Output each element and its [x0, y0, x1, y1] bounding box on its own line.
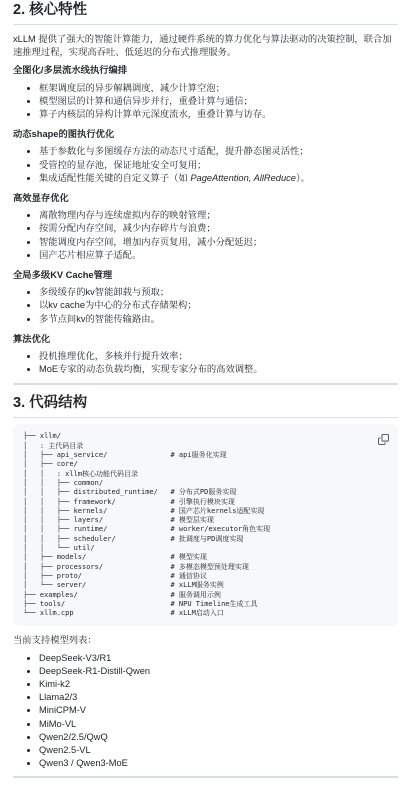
code-line: │ │ └── util/ [23, 544, 388, 553]
readme-content: 2. 核心特性 xLLM 提供了强大的智能计算能力，通过硬件系统的算力优化与算法… [0, 0, 411, 778]
list-item: 受管控的显存池，保证地址安全可复用； [39, 159, 398, 172]
list-item: 框架调度层的异步解耦调度，减少计算空泡； [39, 82, 398, 95]
code-line: ├── examples/ # 服务调用示例 [23, 591, 388, 600]
list-item: 以kv cache为中心的分布式存储架构； [39, 299, 398, 312]
model-list-item: Llama2/3 [39, 691, 398, 704]
feature-list: 投机推理优化，多核并行提升效率； MoE专家的动态负载均衡，实现专家分布的高效调… [13, 350, 398, 376]
list-item: 按需分配内存空间，减少内存碎片与浪费； [39, 222, 398, 235]
model-list-item: MiMo-VL [39, 718, 398, 731]
code-line: │ ├── proto/ # 通信协议 [23, 572, 388, 581]
model-list-item: DeepSeek-V3/R1 [39, 652, 398, 665]
feature-list: 基于参数化与多图缓存方法的动态尺寸适配，提升静态图灵活性； 受管控的显存池，保证… [13, 145, 398, 185]
model-list-item: Qwen2/2.5/QwQ [39, 731, 398, 744]
list-item-text: 集成适配性能关键的自定义算子（如 [39, 173, 190, 183]
list-item: 智能调度内存空间，增加内存页复用，减小分配延迟； [39, 236, 398, 249]
model-list-item: Kimi-k2 [39, 678, 398, 691]
list-item: 离散物理内存与连续虚拟内存的映射管理； [39, 209, 398, 222]
code-line: │ │ ├── kernels/ # 国产芯片kernels适配实现 [23, 507, 388, 516]
list-item: 多节点间kv的智能传输路由。 [39, 313, 398, 326]
section-heading-code-structure: 3. 代码结构 [13, 395, 398, 418]
code-line: │ │ ├── runtime/ # worker/executor角色实现 [23, 525, 388, 534]
list-item: 算子内核层的异构计算单元深度流水，重叠计算与访存。 [39, 108, 398, 121]
feature-group-label: 高效显存优化 [13, 192, 398, 205]
code-line: │ ├── api_service/ # api服务化实现 [23, 451, 388, 460]
copy-icon [378, 434, 389, 445]
list-item: 集成适配性能关键的自定义算子（如 PageAttention, AllReduc… [39, 172, 398, 185]
code-line: ├── tools/ # NPU Timeline生成工具 [23, 600, 388, 609]
section-heading-core-features: 2. 核心特性 [13, 2, 398, 25]
list-item-text: ）。 [296, 173, 310, 183]
code-block: ├── xllm/ │ : 主代码目录 │ ├── api_service/ #… [13, 424, 398, 626]
list-item: MoE专家的动态负载均衡，实现专家分布的高效调整。 [39, 363, 398, 376]
code-line: │ │ : xllm核心功能代码目录 [23, 470, 388, 479]
feature-list: 框架调度层的异步解耦调度，减少计算空泡； 模型图层的计算和通信异步并行，重叠计算… [13, 82, 398, 122]
code-line: │ │ ├── scheduler/ # 批调度与PD调度实现 [23, 535, 388, 544]
code-line: │ : 主代码目录 [23, 442, 388, 451]
code-line: │ ├── models/ # 模型实现 [23, 553, 388, 562]
section-divider [13, 383, 398, 385]
copy-button[interactable] [373, 429, 393, 449]
list-item: 模型图层的计算和通信异步并行，重叠计算与通信； [39, 95, 398, 108]
feature-group-label: 算法优化 [13, 333, 398, 346]
feature-list: 离散物理内存与连续虚拟内存的映射管理； 按需分配内存空间，减少内存碎片与浪费； … [13, 209, 398, 262]
code-line: │ │ ├── common/ [23, 479, 388, 488]
model-list-item: Qwen2.5-VL [39, 744, 398, 757]
list-item: 投机推理优化，多核并行提升效率； [39, 350, 398, 363]
model-list-item: Qwen3 / Qwen3-MoE [39, 757, 398, 770]
model-list-item: DeepSeek-R1-Distill-Qwen [39, 665, 398, 678]
italic-text: PageAttention, AllReduce [190, 173, 296, 183]
list-item: 多级缓存的kv智能卸载与预取； [39, 286, 398, 299]
list-item: 国产芯片相应算子适配。 [39, 249, 398, 262]
code-line: │ └── server/ # xLLM服务实例 [23, 581, 388, 590]
feature-list: 多级缓存的kv智能卸载与预取； 以kv cache为中心的分布式存储架构； 多节… [13, 286, 398, 326]
feature-group-label: 全图化/多层流水线执行编排 [13, 64, 398, 77]
models-list-label: 当前支持模型列表： [13, 634, 398, 647]
intro-paragraph: xLLM 提供了强大的智能计算能力，通过硬件系统的算力优化与算法驱动的决策控制，… [13, 33, 398, 59]
feature-group-label: 全局多级KV Cache管理 [13, 269, 398, 282]
list-item: 基于参数化与多图缓存方法的动态尺寸适配，提升静态图灵活性； [39, 145, 398, 158]
feature-group-label: 动态shape的图执行优化 [13, 128, 398, 141]
code-line: └── xllm.cpp # xLLM启动入口 [23, 609, 388, 618]
code-line: │ ├── processors/ # 多模态模型预处理实现 [23, 563, 388, 572]
section-divider [13, 776, 398, 778]
supported-models-list: DeepSeek-V3/R1 DeepSeek-R1-Distill-Qwen … [13, 652, 398, 771]
code-line: │ │ ├── distributed_runtime/ # 分布式PD服务实现 [23, 488, 388, 497]
code-line: │ ├── core/ [23, 460, 388, 469]
code-line: ├── xllm/ [23, 432, 388, 441]
code-line: │ │ ├── framework/ # 引擎执行模块实现 [23, 498, 388, 507]
model-list-item: MiniCPM-V [39, 704, 398, 717]
